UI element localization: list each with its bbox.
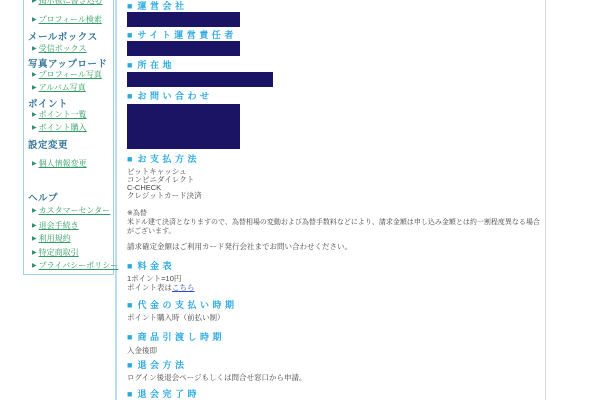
sidebar-header-settings: 設定変更 <box>24 137 117 151</box>
square-bullet-icon: ■ <box>127 360 132 370</box>
sidebar-item-terms[interactable]: ▶利用規約 <box>24 233 121 244</box>
sidebar-item-profile-photo[interactable]: ▶プロフィール写真 <box>24 69 121 80</box>
sidebar-item-personal-info[interactable]: ▶個人情報変更 <box>24 158 121 169</box>
arrow-icon: ▶ <box>32 250 37 256</box>
square-bullet-icon: ■ <box>127 1 132 11</box>
arrow-icon: ▶ <box>32 161 37 167</box>
arrow-icon: ▶ <box>32 72 37 78</box>
sidebar-item-point-purchase[interactable]: ▶ポイント購入 <box>24 122 121 133</box>
sidebar-header-mailbox: メールボックス <box>24 29 117 43</box>
exchange-rate-note: ※為替 米ドル建て決済となりますので、為替相場の変動および為替手数料などにより、… <box>127 209 540 236</box>
heading-payment-timing: ■代金の支払い時期 <box>127 300 237 310</box>
content-column-rule <box>545 0 546 400</box>
redacted-contact-info <box>127 104 240 149</box>
sidebar-item-album-photo[interactable]: ▶アルバム写真 <box>24 82 121 93</box>
sidebar-nav: ▶掲示板に書き込む ▶プロフィール検索 メールボックス ▶受信ボックス 写真アッ… <box>23 0 114 275</box>
heading-address: ■所在地 <box>127 60 175 70</box>
heading-price-table: ■料金表 <box>127 261 175 271</box>
sidebar-item-withdrawal[interactable]: ▶退会手続き <box>24 220 121 231</box>
payment-methods-list: ビットキャッシュ コンビニダイレクト C-CHECK クレジットカード決済 <box>127 168 202 200</box>
sidebar-item-commercial-law[interactable]: ▶特定商取引 <box>24 247 121 258</box>
price-table-line: ポイント表はこちら <box>127 284 195 292</box>
redacted-manager-name <box>127 41 240 56</box>
sidebar-item-bbs[interactable]: ▶掲示板に書き込む <box>24 0 121 6</box>
arrow-icon: ▶ <box>32 263 37 269</box>
arrow-icon: ▶ <box>32 0 37 4</box>
heading-cancel-method: ■退会方法 <box>127 360 187 370</box>
sidebar-item-privacy-policy[interactable]: ▶プライバシーポリシー <box>24 260 121 271</box>
price-table-prefix: ポイント表は <box>127 283 172 292</box>
heading-contact: ■お問い合わせ <box>127 91 212 101</box>
arrow-icon: ▶ <box>32 17 37 23</box>
heading-site-manager: ■サイト運営責任者 <box>127 30 237 40</box>
arrow-icon: ▶ <box>32 125 37 131</box>
square-bullet-icon: ■ <box>127 91 132 101</box>
square-bullet-icon: ■ <box>127 332 132 342</box>
cancel-method-text: ログイン後退会ページもしくは問合せ窓口から申請。 <box>127 374 306 382</box>
square-bullet-icon: ■ <box>127 389 132 399</box>
arrow-icon: ▶ <box>32 208 37 214</box>
page: ▶掲示板に書き込む ▶プロフィール検索 メールボックス ▶受信ボックス 写真アッ… <box>0 0 600 400</box>
payment-timing-text: ポイント購入時（前払い制） <box>127 314 225 322</box>
arrow-icon: ▶ <box>32 46 37 52</box>
square-bullet-icon: ■ <box>127 261 132 271</box>
arrow-icon: ▶ <box>32 236 37 242</box>
heading-cancel-complete: ■退会完了時 <box>127 389 200 399</box>
arrow-icon: ▶ <box>32 85 37 91</box>
square-bullet-icon: ■ <box>127 30 132 40</box>
sidebar-item-point-list[interactable]: ▶ポイント一覧 <box>24 109 121 120</box>
square-bullet-icon: ■ <box>127 60 132 70</box>
sidebar-header-photo-upload: 写真アップロード <box>24 56 117 70</box>
delivery-timing-text: 入金後即 <box>127 347 157 355</box>
main-content: ■運営会社 ■サイト運営責任者 ■所在地 ■お問い合わせ ■お支払方法 ビットキ… <box>127 0 545 400</box>
arrow-icon: ▶ <box>32 223 37 229</box>
sidebar-header-help: ヘルプ <box>24 190 117 204</box>
arrow-icon: ▶ <box>32 112 37 118</box>
price-line: 1ポイント=10円 <box>127 275 181 283</box>
heading-delivery-timing: ■商品引渡し時期 <box>127 332 225 342</box>
redacted-company-name <box>127 12 240 27</box>
sidebar-item-inbox[interactable]: ▶受信ボックス <box>24 43 121 54</box>
square-bullet-icon: ■ <box>127 300 132 310</box>
redacted-address <box>127 72 273 87</box>
price-table-link[interactable]: こちら <box>172 283 195 292</box>
sidebar-item-customer-center[interactable]: ▶カスタマーセンター <box>24 205 121 216</box>
square-bullet-icon: ■ <box>127 154 132 164</box>
heading-payment-methods: ■お支払方法 <box>127 154 200 164</box>
billing-note: 請求確定金額はご利用カード発行会社までお問い合わせください。 <box>127 243 352 251</box>
sidebar-header-points: ポイント <box>24 96 117 110</box>
heading-operating-company: ■運営会社 <box>127 1 187 11</box>
sidebar-item-profile-search[interactable]: ▶プロフィール検索 <box>24 14 121 25</box>
